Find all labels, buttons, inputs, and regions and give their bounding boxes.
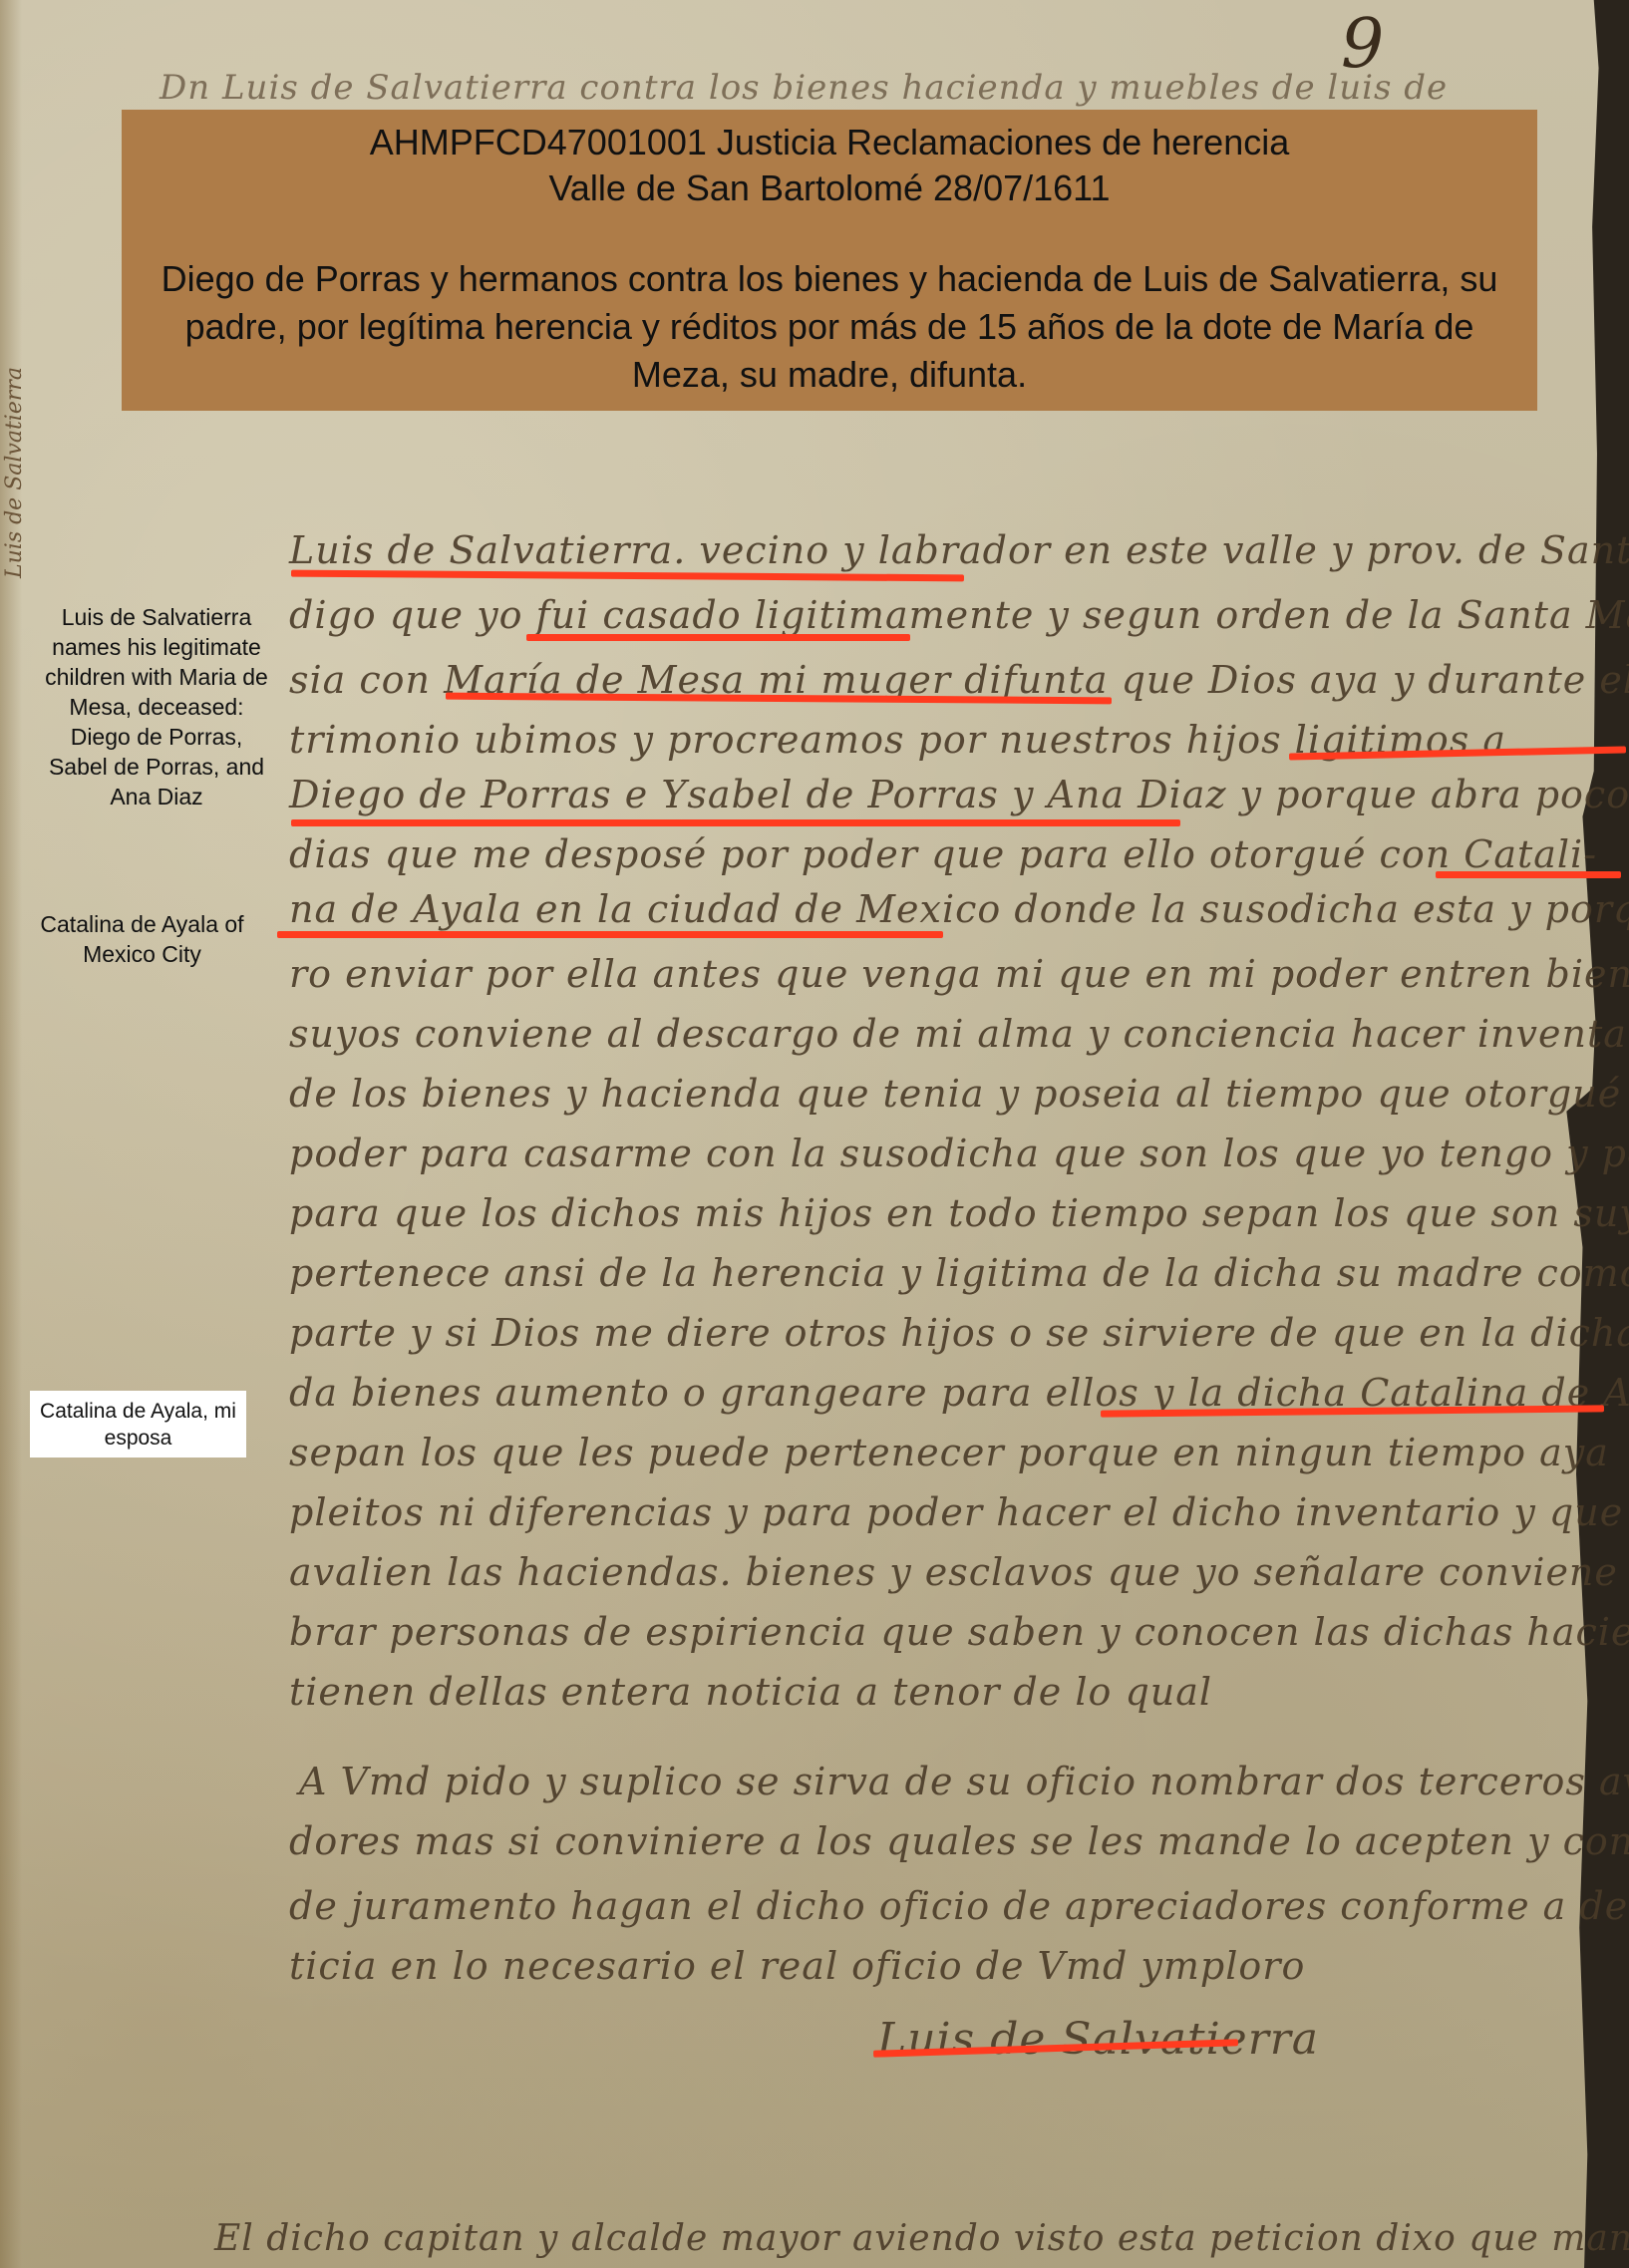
manuscript-line: avalien las haciendas. bienes y esclavos…	[289, 1550, 1629, 1594]
children-annotation: Luis de Salvatierra names his legitimate…	[40, 602, 273, 811]
catalina-mexico-annotation: Catalina de Ayala of Mexico City	[30, 909, 254, 969]
manuscript-line: tienen dellas entera noticia a tenor de …	[289, 1670, 1212, 1714]
manuscript-line: Luis de Salvatierra. vecino y labrador e…	[289, 528, 1629, 572]
manuscript-line: pertenece ansi de la herencia y ligitima…	[289, 1251, 1629, 1295]
manuscript-line: poder para casarme con la susodicha que …	[289, 1132, 1629, 1175]
manuscript-line: de juramento hagan el dicho oficio de ap…	[289, 1884, 1629, 1928]
manuscript-line: digo que yo fui casado ligitimamente y s…	[289, 593, 1629, 637]
document-header: AHMPFCD47001001 Justicia Reclamaciones d…	[122, 110, 1537, 411]
manuscript-line: dores mas si conviniere a los quales se …	[289, 1819, 1629, 1863]
reference-line: AHMPFCD47001001 Justicia Reclamaciones d…	[122, 120, 1537, 165]
manuscript-line: de los bienes y hacienda que tenia y pos…	[289, 1072, 1629, 1116]
manuscript-line: parte y si Dios me diere otros hijos o s…	[289, 1311, 1629, 1355]
case-summary: Diego de Porras y hermanos contra los bi…	[122, 255, 1537, 399]
manuscript-line: dias que me desposé por poder que para e…	[289, 832, 1597, 876]
manuscript-line: Diego de Porras e Ysabel de Porras y Ana…	[289, 773, 1629, 816]
page-edge-shadow	[0, 0, 22, 2268]
manuscript-line: pleitos ni diferencias y para poder hace…	[289, 1490, 1629, 1534]
catalina-wife-annotation: Catalina de Ayala, mi esposa	[30, 1391, 246, 1458]
manuscript-line: ro enviar por ella antes que venga mi qu…	[289, 952, 1629, 996]
signature: Luis de Salvatierra	[877, 2014, 1319, 2065]
underline-children-names	[291, 819, 1180, 826]
manuscript-line: ticia en lo necesario el real oficio de …	[289, 1944, 1305, 1988]
underline-catalina-de-ayala-mexico	[277, 931, 943, 938]
manuscript-top-line: Dn Luis de Salvatierra contra los bienes…	[160, 68, 1448, 108]
manuscript-bottom-line: El dicho capitan y alcalde mayor aviendo…	[214, 2218, 1629, 2259]
underline-con-catalina	[1436, 871, 1621, 878]
manuscript-line: A Vmd pido y suplico se sirva de su ofic…	[299, 1760, 1629, 1803]
manuscript-line: suyos conviene al descargo de mi alma y …	[289, 1012, 1629, 1056]
place-date-line: Valle de San Bartolomé 28/07/1611	[122, 165, 1537, 211]
manuscript-line: sepan los que les puede pertenecer porqu…	[289, 1431, 1609, 1474]
manuscript-line: na de Ayala en la ciudad de Mexico donde…	[289, 887, 1629, 931]
margin-note: Luis de Salvatierra	[2, 367, 27, 578]
manuscript-line: para que los dichos mis hijos en todo ti…	[289, 1191, 1629, 1235]
underline-casado-ligitimamente	[526, 634, 910, 641]
manuscript-line: brar personas de espiriencia que saben y…	[289, 1610, 1629, 1654]
